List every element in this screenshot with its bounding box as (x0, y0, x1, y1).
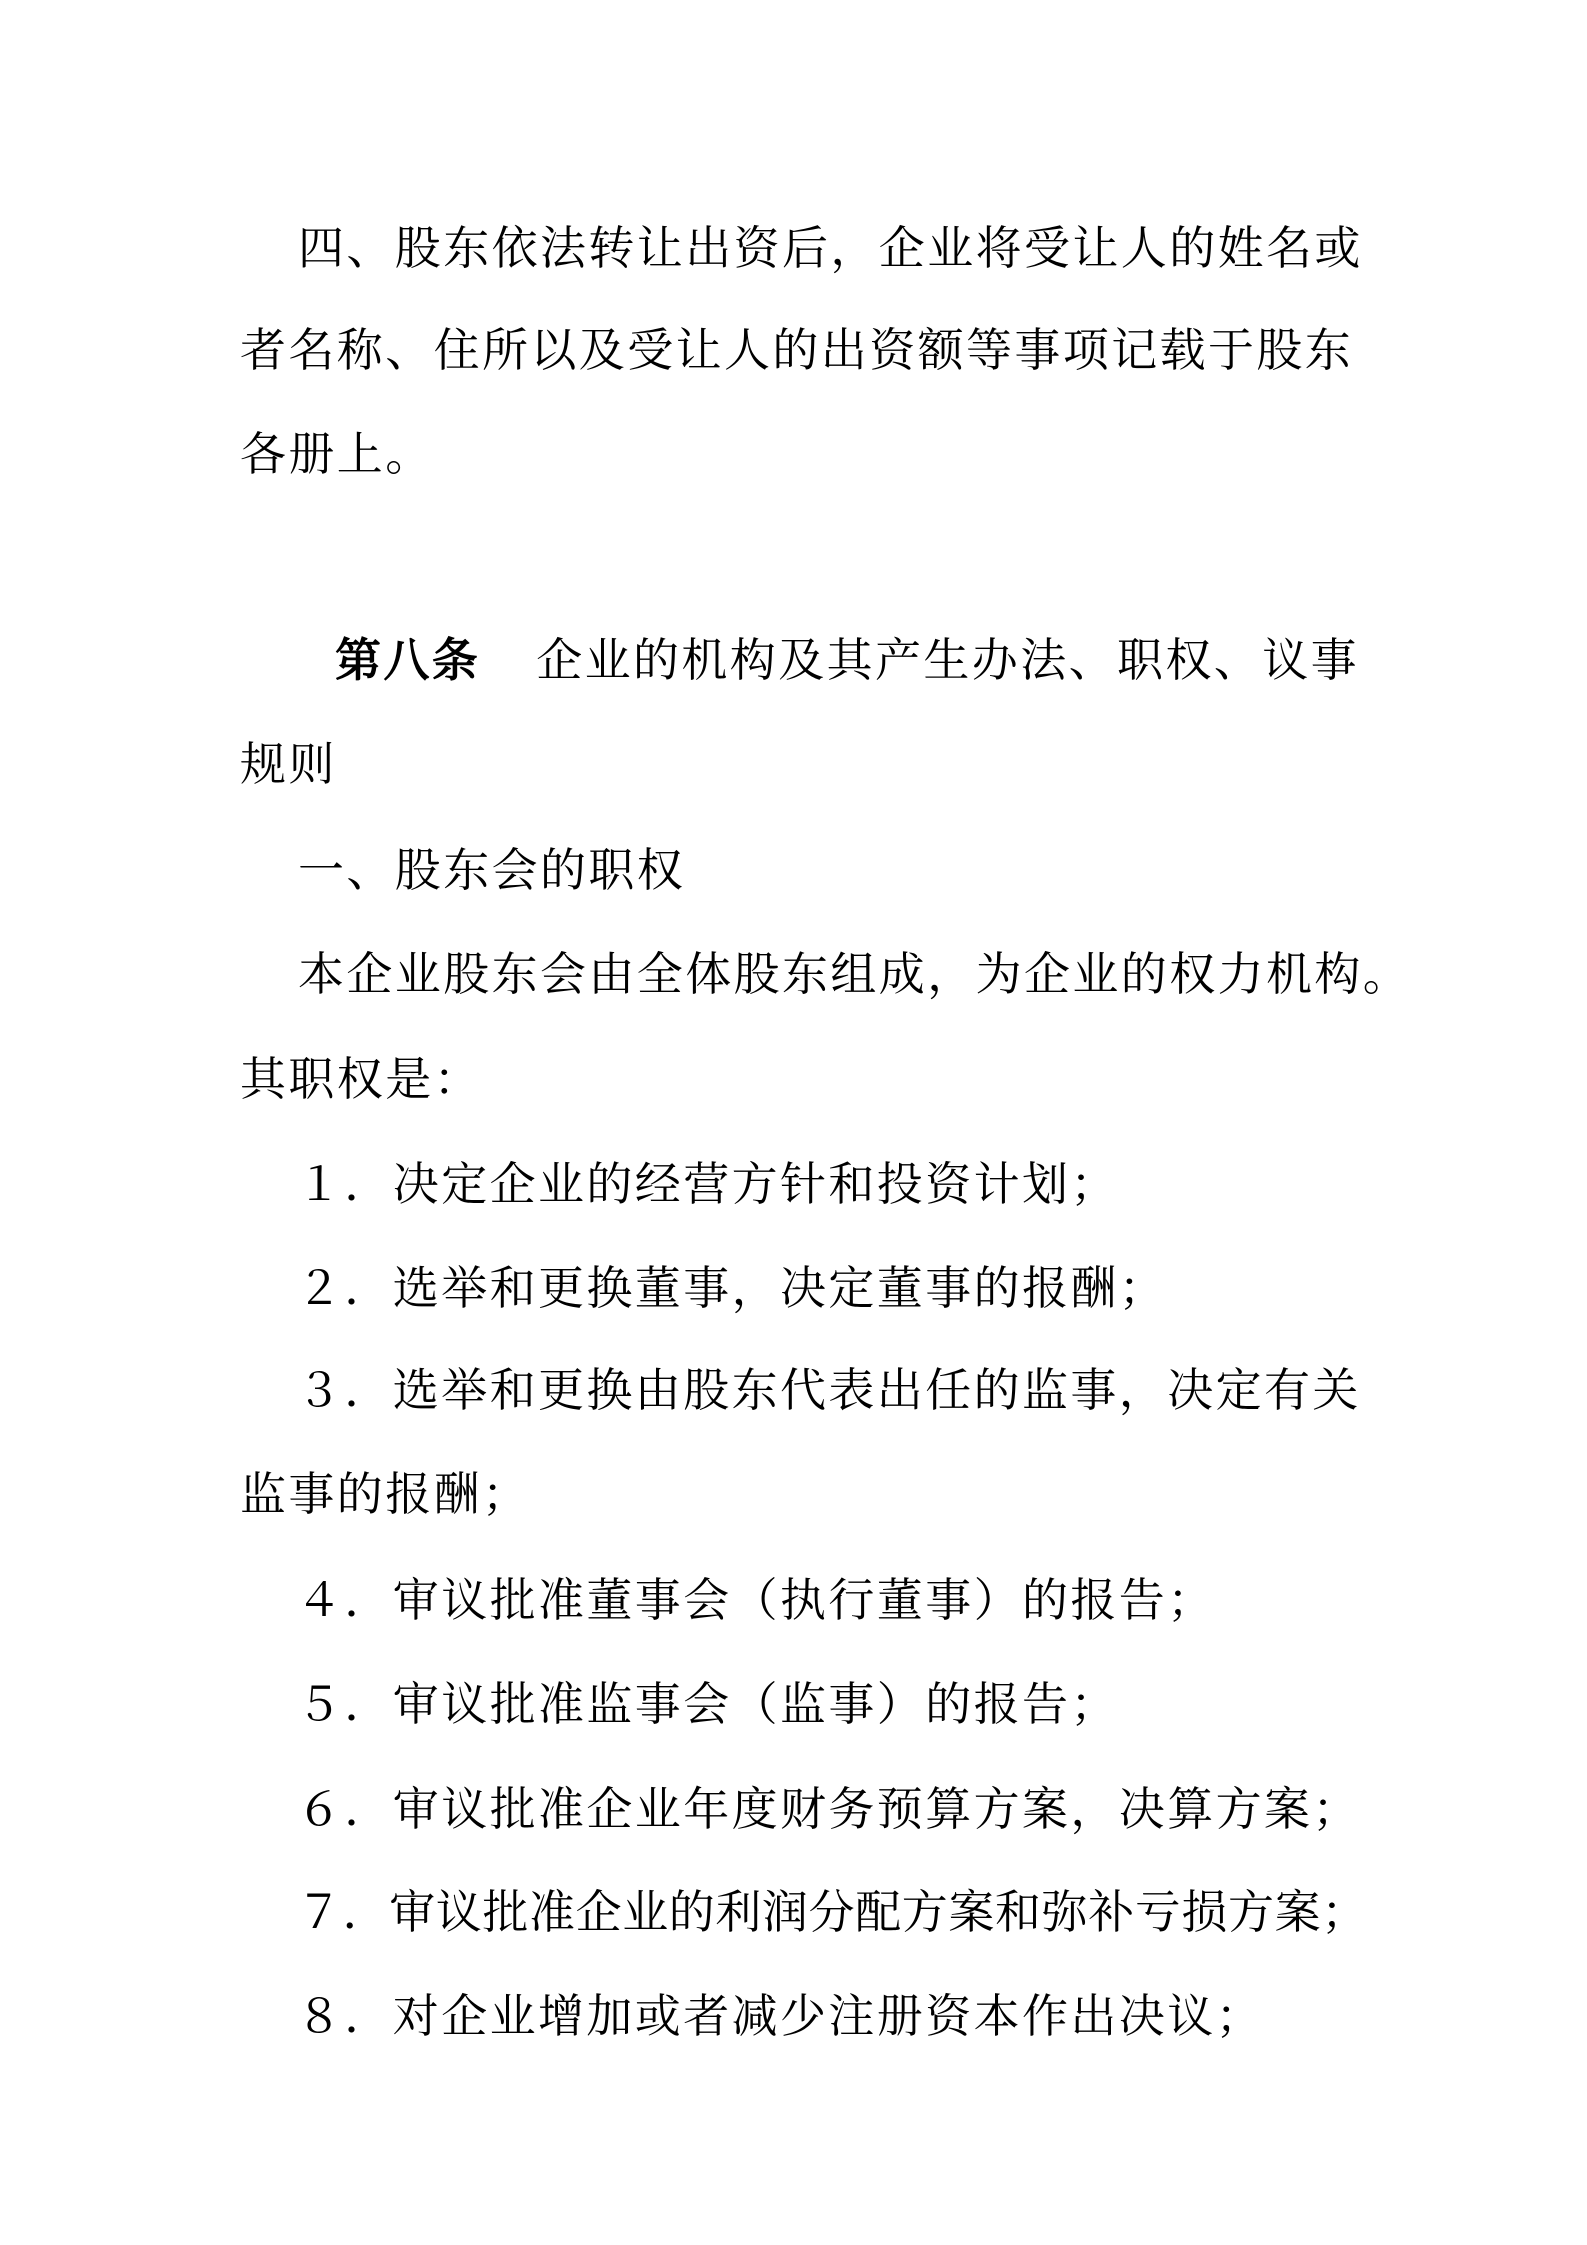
list-item-4: ４．审议批准董事会（执行董事）的报告； (296, 1572, 1216, 1628)
list-item-5: ５．审议批准监事会（监事）的报告； (296, 1676, 1119, 1732)
article-8-heading: 第八条企业的机构及其产生办法、职权、议事 (335, 632, 1359, 688)
list-item-8: ８．对企业增加或者减少注册资本作出决议； (296, 1988, 1264, 2044)
paragraph-4-line-2: 者名称、住所以及受让人的出资额等事项记载于股东 (240, 322, 1353, 378)
article-title: 企业的机构及其产生办法、职权、议事 (536, 633, 1359, 687)
article-8-title-continuation: 规则 (240, 736, 337, 792)
paragraph-4-line-3: 各册上。 (240, 426, 434, 482)
list-item-3: ３．选举和更换由股东代表出任的监事，决定有关 (296, 1362, 1361, 1418)
section-1-intro-line-2: 其职权是： (240, 1051, 482, 1107)
list-item-3-continuation: 监事的报酬； (240, 1466, 530, 1522)
list-item-6: ６．审议批准企业年度财务预算方案，决算方案； (296, 1781, 1361, 1837)
document-page: 四、股东依法转让出资后，企业将受让人的姓名或 者名称、住所以及受让人的出资额等事… (0, 0, 1587, 2245)
paragraph-4-line-1: 四、股东依法转让出资后，企业将受让人的姓名或 (298, 220, 1363, 276)
section-1-heading: 一、股东会的职权 (298, 842, 685, 898)
list-item-7: ７．审议批准企业的利润分配方案和弥补亏损方案； (296, 1884, 1368, 1940)
list-item-2: ２．选举和更换董事，决定董事的报酬； (296, 1260, 1167, 1316)
section-1-intro-line-1: 本企业股东会由全体股东组成，为企业的权力机构。 (298, 946, 1411, 1002)
article-number: 第八条 (335, 633, 480, 687)
list-item-1: １．决定企业的经营方针和投资计划； (296, 1156, 1119, 1212)
